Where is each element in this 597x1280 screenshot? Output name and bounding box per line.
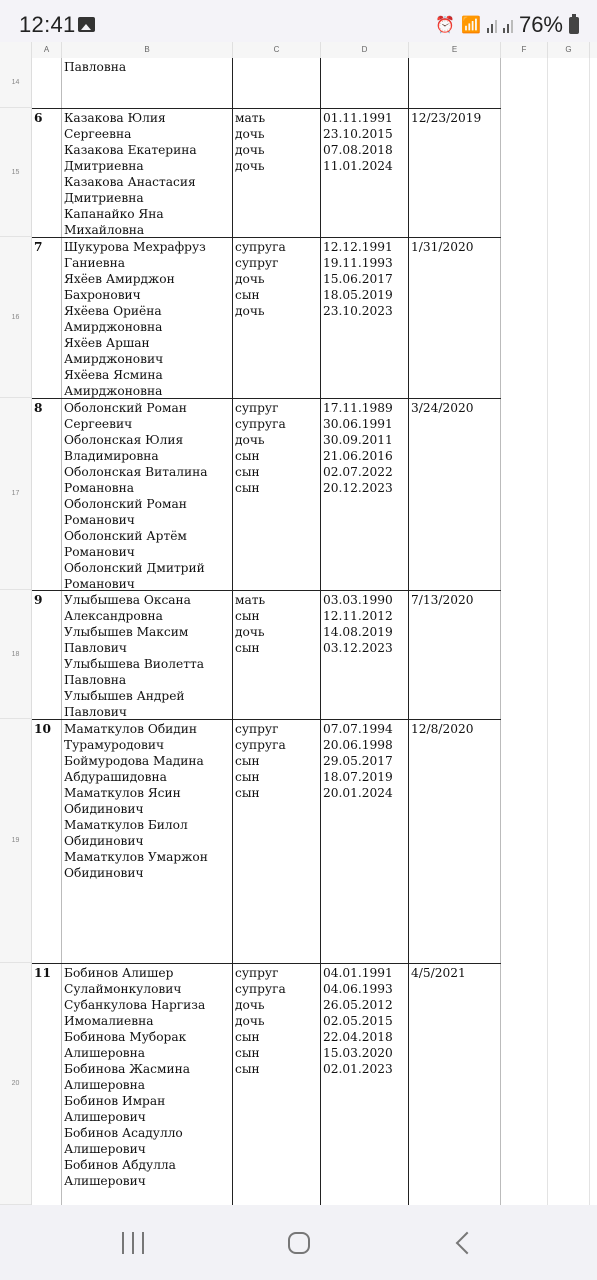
cell-names[interactable]: Павловна bbox=[62, 58, 233, 108]
cell-names[interactable]: Улыбышева Оксана Александровна Улыбышев … bbox=[62, 591, 233, 719]
status-icons: ⏰ 📶 76% bbox=[435, 12, 579, 38]
recents-icon bbox=[122, 1232, 124, 1254]
cell-relations[interactable]: супруг супруга дочь сын сын сын bbox=[233, 399, 321, 590]
cell-date[interactable]: 12/23/2019 bbox=[409, 109, 501, 237]
table-row: 9Улыбышева Оксана Александровна Улыбышев… bbox=[32, 590, 501, 719]
column-header-a[interactable]: A bbox=[32, 42, 62, 58]
cell-names[interactable]: Бобинов Алишер Сулаймонкулович Субанкуло… bbox=[62, 964, 233, 1205]
empty-columns bbox=[501, 58, 597, 1205]
cell-date[interactable]: 12/8/2020 bbox=[409, 720, 501, 963]
cell-number[interactable]: 9 bbox=[32, 591, 62, 719]
table-row: Павловна bbox=[32, 58, 501, 108]
column-header-g[interactable]: G bbox=[548, 42, 590, 58]
cell-birthdates[interactable]: 12.12.1991 19.11.1993 15.06.2017 18.05.2… bbox=[321, 238, 409, 398]
battery-icon bbox=[569, 17, 579, 34]
column-header-bar: A B C D E F G bbox=[0, 42, 597, 59]
signal-icon bbox=[487, 17, 497, 33]
table-row: 7Шукурова Мехрафруз Ганиевна Яхёев Амирд… bbox=[32, 237, 501, 398]
row-number[interactable]: 15 bbox=[0, 108, 31, 237]
column-header-b[interactable]: B bbox=[62, 42, 233, 58]
spreadsheet-grid[interactable]: 14151617181920 Павловна6Казакова Юлия Се… bbox=[0, 58, 597, 1205]
cell-birthdates[interactable]: 04.01.1991 04.06.1993 26.05.2012 02.05.2… bbox=[321, 964, 409, 1205]
row-number[interactable]: 19 bbox=[0, 719, 31, 963]
status-bar: 12:41 ⏰ 📶 76% bbox=[0, 0, 597, 42]
home-button[interactable] bbox=[284, 1227, 314, 1259]
back-icon bbox=[456, 1232, 479, 1255]
cell-birthdates[interactable]: 17.11.1989 30.06.1991 30.09.2011 21.06.2… bbox=[321, 399, 409, 590]
home-icon bbox=[288, 1232, 310, 1254]
table-row: 6Казакова Юлия Сергеевна Казакова Екатер… bbox=[32, 108, 501, 237]
cell-number[interactable]: 8 bbox=[32, 399, 62, 590]
cell-relations[interactable]: супруг супруга дочь дочь сын сын сын bbox=[233, 964, 321, 1205]
cell-number[interactable]: 6 bbox=[32, 109, 62, 237]
row-number-column: 14151617181920 bbox=[0, 58, 32, 1205]
cell-relations[interactable]: мать сын дочь сын bbox=[233, 591, 321, 719]
row-number[interactable]: 20 bbox=[0, 963, 31, 1205]
table-row: 8Оболонский Роман Сергеевич Оболонская Ю… bbox=[32, 398, 501, 590]
column-header-d[interactable]: D bbox=[321, 42, 409, 58]
cell-date[interactable]: 4/5/2021 bbox=[409, 964, 501, 1205]
column-header-f[interactable]: F bbox=[501, 42, 548, 58]
cell-names[interactable]: Маматкулов Обидин Турамуродович Боймурод… bbox=[62, 720, 233, 963]
cell-relations[interactable]: мать дочь дочь дочь bbox=[233, 109, 321, 237]
signal-icon bbox=[503, 17, 513, 33]
cell-date[interactable]: 7/13/2020 bbox=[409, 591, 501, 719]
cell-names[interactable]: Казакова Юлия Сергеевна Казакова Екатери… bbox=[62, 109, 233, 237]
cell-birthdates[interactable]: 01.11.1991 23.10.2015 07.08.2018 11.01.2… bbox=[321, 109, 409, 237]
cell-number[interactable] bbox=[32, 58, 62, 108]
cell-number[interactable]: 11 bbox=[32, 964, 62, 1205]
column-header-c[interactable]: C bbox=[233, 42, 321, 58]
column-header-e[interactable]: E bbox=[409, 42, 501, 58]
row-number[interactable]: 17 bbox=[0, 398, 31, 590]
cell-date[interactable] bbox=[409, 58, 501, 108]
cell-relations[interactable]: супруг супруга сын сын сын bbox=[233, 720, 321, 963]
cell-names[interactable]: Шукурова Мехрафруз Ганиевна Яхёев Амирдж… bbox=[62, 238, 233, 398]
cell-number[interactable]: 7 bbox=[32, 238, 62, 398]
cell-birthdates[interactable]: 07.07.1994 20.06.1998 29.05.2017 18.07.2… bbox=[321, 720, 409, 963]
cell-birthdates[interactable] bbox=[321, 58, 409, 108]
status-time: 12:41 bbox=[19, 12, 76, 38]
cell-birthdates[interactable]: 03.03.1990 12.11.2012 14.08.2019 03.12.2… bbox=[321, 591, 409, 719]
row-number[interactable]: 18 bbox=[0, 590, 31, 719]
row-number[interactable]: 14 bbox=[0, 58, 31, 108]
wifi-icon: 📶 bbox=[461, 15, 481, 35]
cell-relations[interactable]: супруга супруг дочь сын дочь bbox=[233, 238, 321, 398]
cell-date[interactable]: 1/31/2020 bbox=[409, 238, 501, 398]
cell-date[interactable]: 3/24/2020 bbox=[409, 399, 501, 590]
recents-button[interactable] bbox=[118, 1227, 148, 1259]
cell-number[interactable]: 10 bbox=[32, 720, 62, 963]
table-row: 11Бобинов Алишер Сулаймонкулович Субанку… bbox=[32, 963, 501, 1205]
navigation-bar bbox=[0, 1205, 597, 1280]
cell-names[interactable]: Оболонский Роман Сергеевич Оболонская Юл… bbox=[62, 399, 233, 590]
battery-percent: 76% bbox=[519, 12, 563, 38]
gallery-icon bbox=[78, 17, 95, 32]
select-all-corner[interactable] bbox=[0, 42, 32, 58]
cell-relations[interactable] bbox=[233, 58, 321, 108]
table-row: 10Маматкулов Обидин Турамуродович Боймур… bbox=[32, 719, 501, 963]
alarm-icon: ⏰ bbox=[435, 15, 455, 35]
row-number[interactable]: 16 bbox=[0, 237, 31, 398]
back-button[interactable] bbox=[452, 1227, 482, 1259]
